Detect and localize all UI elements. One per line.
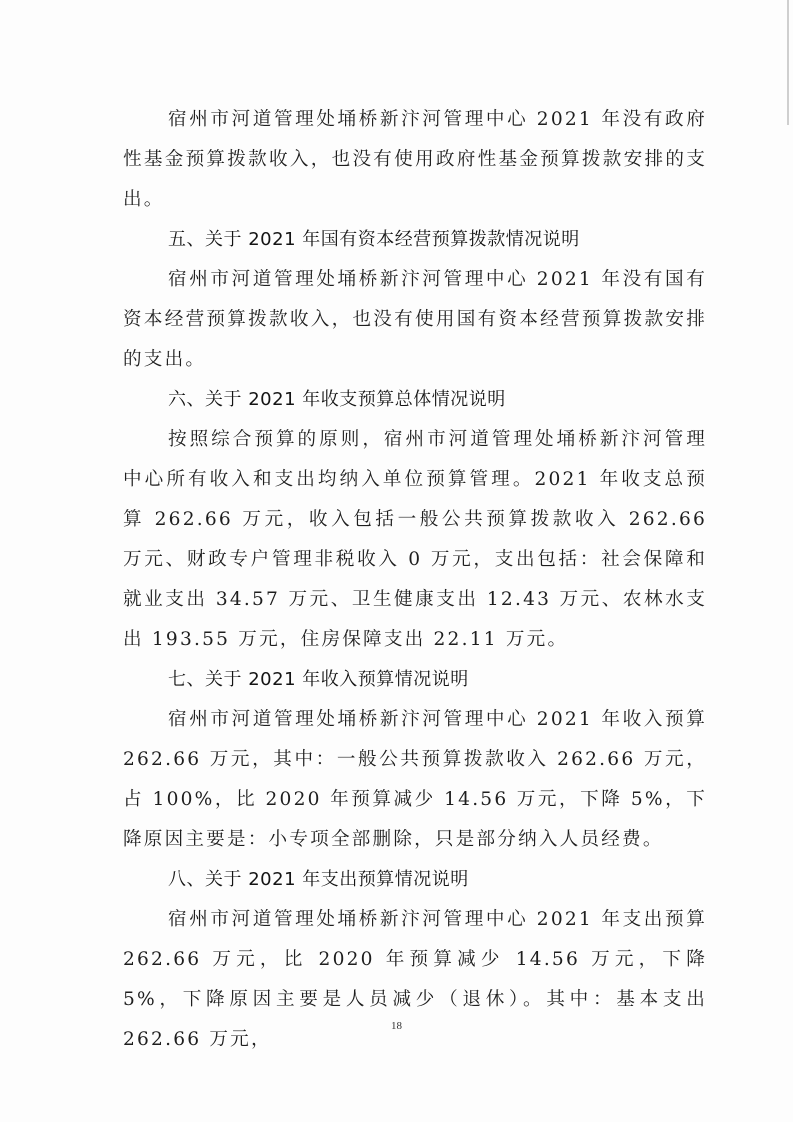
heading-section-7: 七、关于 2021 年收入预算情况说明 — [123, 660, 707, 700]
paragraph-income-budget: 宿州市河道管理处埇桥新汴河管理中心 2021 年收入预算 262.66 万元，其… — [123, 700, 707, 860]
scan-edge-line — [787, 0, 789, 125]
heading-section-8: 八、关于 2021 年支出预算情况说明 — [123, 860, 707, 900]
paragraph-expenditure-budget: 宿州市河道管理处埇桥新汴河管理中心 2021 年支出预算 262.66 万元，比… — [123, 900, 707, 1060]
paragraph-state-capital: 宿州市河道管理处埇桥新汴河管理中心 2021 年没有国有资本经营预算拨款收入，也… — [123, 260, 707, 380]
heading-section-6: 六、关于 2021 年收支预算总体情况说明 — [123, 380, 707, 420]
document-page: 宿州市河道管理处埇桥新汴河管理中心 2021 年没有政府性基金预算拨款收入，也没… — [0, 0, 793, 1122]
page-number: 18 — [0, 1020, 793, 1032]
heading-section-5: 五、关于 2021 年国有资本经营预算拨款情况说明 — [123, 220, 707, 260]
paragraph-overall-budget: 按照综合预算的原则，宿州市河道管理处埇桥新汴河管理中心所有收入和支出均纳入单位预… — [123, 420, 707, 660]
page-body: 宿州市河道管理处埇桥新汴河管理中心 2021 年没有政府性基金预算拨款收入，也没… — [123, 100, 707, 1060]
paragraph-gov-fund: 宿州市河道管理处埇桥新汴河管理中心 2021 年没有政府性基金预算拨款收入，也没… — [123, 100, 707, 220]
